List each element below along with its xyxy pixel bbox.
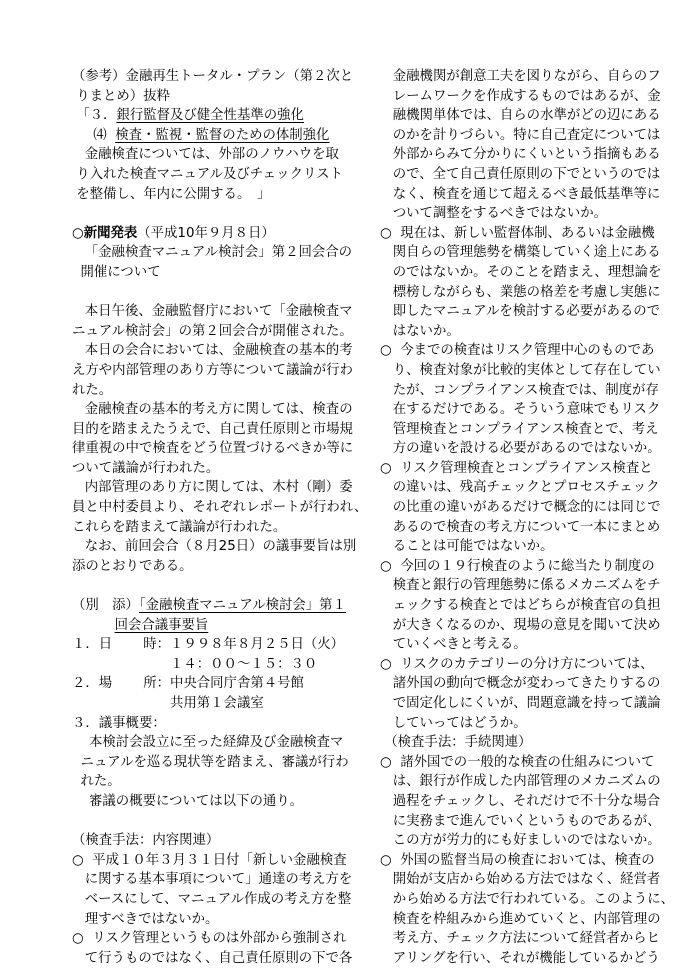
press-paragraph-line: ついて議論が行われた。	[72, 459, 364, 479]
reference-body-line: 金融検査については、外部のノウハウを取	[72, 145, 364, 165]
reference-body-line: り入れた検査マニュアル及びチェックリスト	[72, 165, 364, 185]
press-paragraph-line: 金融検査の基本的考え方に関しては、検査の	[72, 400, 364, 420]
right-column-line: ○ 今までの検査はリスク管理中心のものであ	[380, 341, 680, 361]
attachment-item: 本検討会設立に至った経緯及び金融検査マ	[72, 733, 364, 753]
right-column-line: 融機関単体では、自らの水準がどの辺にある	[380, 106, 680, 126]
right-column-line: ることは可能ではないか。	[380, 537, 680, 557]
reference-line: りまとめ）抜粋	[72, 87, 364, 107]
right-column-line: ついて調整をするべきではないか。	[380, 204, 680, 224]
reference-block: （参考）金融再生トータル・プラン（第２次と りまとめ）抜粋 「３．銀行監督及び健…	[72, 67, 364, 204]
right-column-line: ○ 今回の１９行検査のように総当たり制度の	[380, 557, 680, 577]
press-paragraph-line: 内部管理のあり方に関しては、木村（剛）委	[72, 478, 364, 498]
press-release: ○新聞発表（平成10年９月８日） 「金融検査マニュアル検討会」第２回会合の 開催…	[72, 224, 364, 577]
right-column-line: アリングを行い、それが機能しているかどう	[380, 949, 680, 969]
right-column-line: ○ リスク管理検査とコンプライアンス検査と	[380, 459, 680, 479]
reference-line: （参考）金融再生トータル・プラン（第２次と	[72, 67, 364, 87]
press-paragraph-line: 律重視の中で検査をどう位置づけるべきか等に	[72, 439, 364, 459]
right-column-line: の違いは、残高チェックとプロセスチェック	[380, 478, 680, 498]
attachment-item: ニュアルを巡る現状等を踏まえ、審議が行わ	[72, 753, 364, 773]
right-column-line: ○ リスクのカテゴリーの分け方については、	[380, 655, 680, 675]
reference-subheading: ⑷ 検査・監視・監督のための体制強化	[72, 126, 364, 146]
right-column-line: あるので検査の考え方について一本にまとめ	[380, 518, 680, 538]
right-column-line: は、銀行が作成した内部管理のメカニズムの	[380, 772, 680, 792]
bullet-line: ○ 平成１０年３月３１日付「新しい金融検査	[72, 851, 364, 871]
right-column-line: なく、検査を通じて超えるべき最低基準等に	[380, 185, 680, 205]
right-column-line: 在するだけである。そういう意味でもリスク	[380, 400, 680, 420]
reference-heading: 「３．銀行監督及び健全性基準の強化	[72, 106, 364, 126]
attachment-item: １．日 時：１９９８年８月２５日（火）	[72, 635, 364, 655]
attachment-title: （別 添）「金融検査マニュアル検討会」第１	[72, 596, 364, 616]
bullet-line: て行うものではなく、自己責任原則の下で各	[72, 949, 364, 969]
right-column-line: はないか。	[380, 322, 680, 342]
right-column-line: （検査手法：手続関連）	[380, 733, 680, 753]
right-column-line: 過程をチェックし、それだけで不十分な場合	[380, 792, 680, 812]
press-paragraph-line: 目的を踏まえたうえで、自己責任原則と市場規	[72, 420, 364, 440]
right-column-line: 管理検査とコンプライアンス検査とで、考え	[380, 420, 680, 440]
press-paragraph-line: ニュアル検討会」の第２回会合が開催された。	[72, 322, 364, 342]
right-column-line: ので、全て自己責任原則の下でというのでは	[380, 165, 680, 185]
press-title-line: 「金融検査マニュアル検討会」第２回会合の	[72, 243, 364, 263]
right-column-line: から始める方法で行われている。このように、	[380, 890, 680, 910]
right-column-line: に実務まで進んでいくというものであるが、	[380, 812, 680, 832]
attachment: （別 添）「金融検査マニュアル検討会」第１ 回会合議事要旨 １．日 時：１９９８…	[72, 596, 364, 812]
right-column-line: り、検査対象が比較的実体として存在してい	[380, 361, 680, 381]
section-heading-content: （検査手法：内容関連）	[72, 831, 364, 851]
attachment-title-cont: 回会合議事要旨	[72, 616, 364, 636]
press-paragraph-line: 本日の会合においては、金融検査の基本的考	[72, 341, 364, 361]
press-paragraph-line: 員と中村委員より、それぞれレポートが行われ、	[72, 498, 364, 518]
bullet-list: ○ 平成１０年３月３１日付「新しい金融検査 に関する基本事項について」通達の考え…	[72, 851, 364, 969]
attachment-item: れた。	[72, 772, 364, 792]
bullet-line: に関する基本事項について」通達の考え方を	[72, 870, 364, 890]
bullet-line: ○ リスク管理というものは外部から強制され	[72, 929, 364, 949]
right-column-line: 考え方、チェック方法について経営者からヒ	[380, 929, 680, 949]
right-column-line: 検査を枠組みから進めていくと、内部管理の	[380, 910, 680, 930]
right-column-line: 金融機関が創意工夫を図りながら、自らのフ	[380, 67, 680, 87]
right-column-line: 開始が支店から始める方法ではなく、経営者	[380, 870, 680, 890]
right-column-line: 標榜しながらも、業態の格差を考慮し実態に	[380, 283, 680, 303]
right-column-line: 検査と銀行の管理態勢に係るメカニズムをチ	[380, 576, 680, 596]
right-column-line: のではないか。そのことを踏まえ、理想論を	[380, 263, 680, 283]
press-paragraph-line: 本日午後、金融監督庁において「金融検査マ	[72, 302, 364, 322]
right-column-line: ○ 諸外国での一般的な検査の仕組みについて	[380, 753, 680, 773]
right-column-line: レームワークを作成するものではあるが、金	[380, 87, 680, 107]
press-paragraph-line: 添のとおりである。	[72, 557, 364, 577]
right-column-line: のかを計りづらい。特に自己査定については	[380, 126, 680, 146]
right-column-line: たが、コンプライアンス検査では、制度が存	[380, 381, 680, 401]
right-column-line: ていくべきと考える。	[380, 635, 680, 655]
press-title-line: 開催について	[72, 263, 364, 283]
attachment-item: 審議の概要については以下の通り。	[72, 792, 364, 812]
right-column-line: が大きくなるのか、現場の意見を聞いて決め	[380, 616, 680, 636]
circle-bullet-icon: ○	[72, 226, 84, 241]
press-paragraph-line: なお、前回会合（８月25日）の議事要旨は別	[72, 537, 364, 557]
press-release-header: ○新聞発表（平成10年９月８日）	[72, 224, 364, 244]
left-column: （参考）金融再生トータル・プラン（第２次と りまとめ）抜粋 「３．銀行監督及び健…	[72, 67, 364, 968]
bullet-line: 理すべきではないか。	[72, 910, 364, 930]
right-column-line: ○ 外国の監督当局の検査においては、検査の	[380, 851, 680, 871]
right-column-line: 関自らの管理態勢を構築していく途上にある	[380, 243, 680, 263]
right-column-line: で固定化しにくいが、問題意識を持って議論	[380, 694, 680, 714]
right-column-line: 諸外国の動向で概念が変わってきたりするの	[380, 674, 680, 694]
attachment-item: 共用第１会議室	[72, 694, 364, 714]
attachment-item: ２．場 所：中央合同庁舎第４号館	[72, 674, 364, 694]
right-column-line: 外部からみて分かりにくいという指摘もある	[380, 145, 680, 165]
reference-body-line: を整備し、年内に公開する。 」	[72, 185, 364, 205]
press-paragraph-line: れた。	[72, 381, 364, 401]
right-column-line: の比重の違いがあるだけで概念的には同じで	[380, 498, 680, 518]
right-column-line: この方が労力的にも好ましいのではないか。	[380, 831, 680, 851]
right-column-line: ェックする検査とではどちらが検査官の負担	[380, 596, 680, 616]
attachment-item: １４：００～１５：３０	[72, 655, 364, 675]
right-column-line: していってはどうか。	[380, 714, 680, 734]
bullet-line: ベースにして、マニュアル作成の考え方を整	[72, 890, 364, 910]
press-paragraph-line: え方や内部管理のあり方等について議論が行わ	[72, 361, 364, 381]
right-column-line: 方の違いを設ける必要があるのではないか。	[380, 439, 680, 459]
right-column-line: ○ 現在は、新しい監督体制、あるいは金融機	[380, 224, 680, 244]
press-paragraph-line: これらを踏まえて議論が行われた。	[72, 518, 364, 538]
right-column: 金融機関が創意工夫を図りながら、自らのフ レームワークを作成するものではあるが、…	[380, 67, 680, 968]
attachment-item: ３．議事概要：	[72, 714, 364, 734]
right-column-line: 即したマニュアルを検討する必要があるので	[380, 302, 680, 322]
